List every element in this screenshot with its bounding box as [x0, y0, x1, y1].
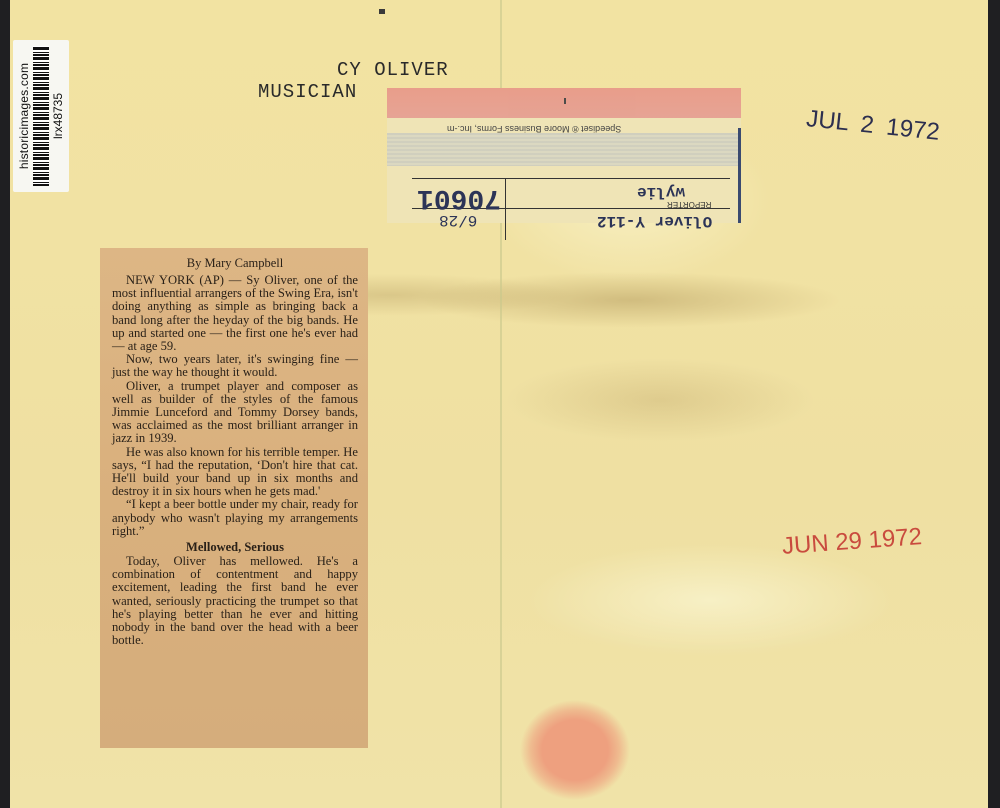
clipping-paragraph: Now, two years later, it's swinging fine…: [112, 353, 358, 379]
tag-date: 6/28: [439, 211, 477, 229]
caption-title: MUSICIAN: [258, 81, 357, 103]
barcode-site: historicimages.com: [17, 42, 31, 190]
clipping-byline: By Mary Campbell: [112, 256, 358, 271]
tag-brand: Speediset ® Moore Business Forms, Inc.-m: [447, 124, 621, 134]
tag-red-band: [387, 88, 741, 118]
tag-divider: [505, 178, 506, 240]
ink-dot: [379, 9, 385, 14]
tag-slug: Oliver Y-112: [597, 212, 712, 230]
barcode-label: historicimages.com lrx48735: [13, 40, 69, 192]
stain-mark: [515, 700, 635, 808]
clipping-paragraph: Today, Oliver has mellowed. He's a combi…: [112, 555, 358, 647]
tag-tick-mark: [564, 98, 566, 104]
tag-reporter-label: REPORTER: [667, 200, 711, 209]
clipping-paragraph: He was also known for his terrible tempe…: [112, 446, 358, 499]
tag-rule: [412, 178, 730, 179]
clipping-paragraph: NEW YORK (AP) — Sy Oliver, one of the mo…: [112, 274, 358, 353]
tag-edge: [738, 128, 741, 223]
clipping-paragraph: Oliver, a trumpet player and composer as…: [112, 380, 358, 446]
barcode-id: lrx48735: [51, 42, 65, 190]
barcode-icon: [33, 46, 49, 186]
tag-reporter: wylie: [637, 183, 685, 201]
caption-name: CY OLIVER: [337, 59, 449, 81]
tag-number: 70601: [417, 182, 501, 213]
file-tag: Speediset ® Moore Business Forms, Inc.-m…: [387, 88, 741, 223]
newspaper-clipping: By Mary Campbell NEW YORK (AP) — Sy Oliv…: [100, 248, 368, 748]
clipping-subhead: Mellowed, Serious: [112, 540, 358, 555]
tag-carbon-band: [387, 133, 741, 166]
clipping-paragraph: “I kept a beer bottle under my chair, re…: [112, 498, 358, 538]
